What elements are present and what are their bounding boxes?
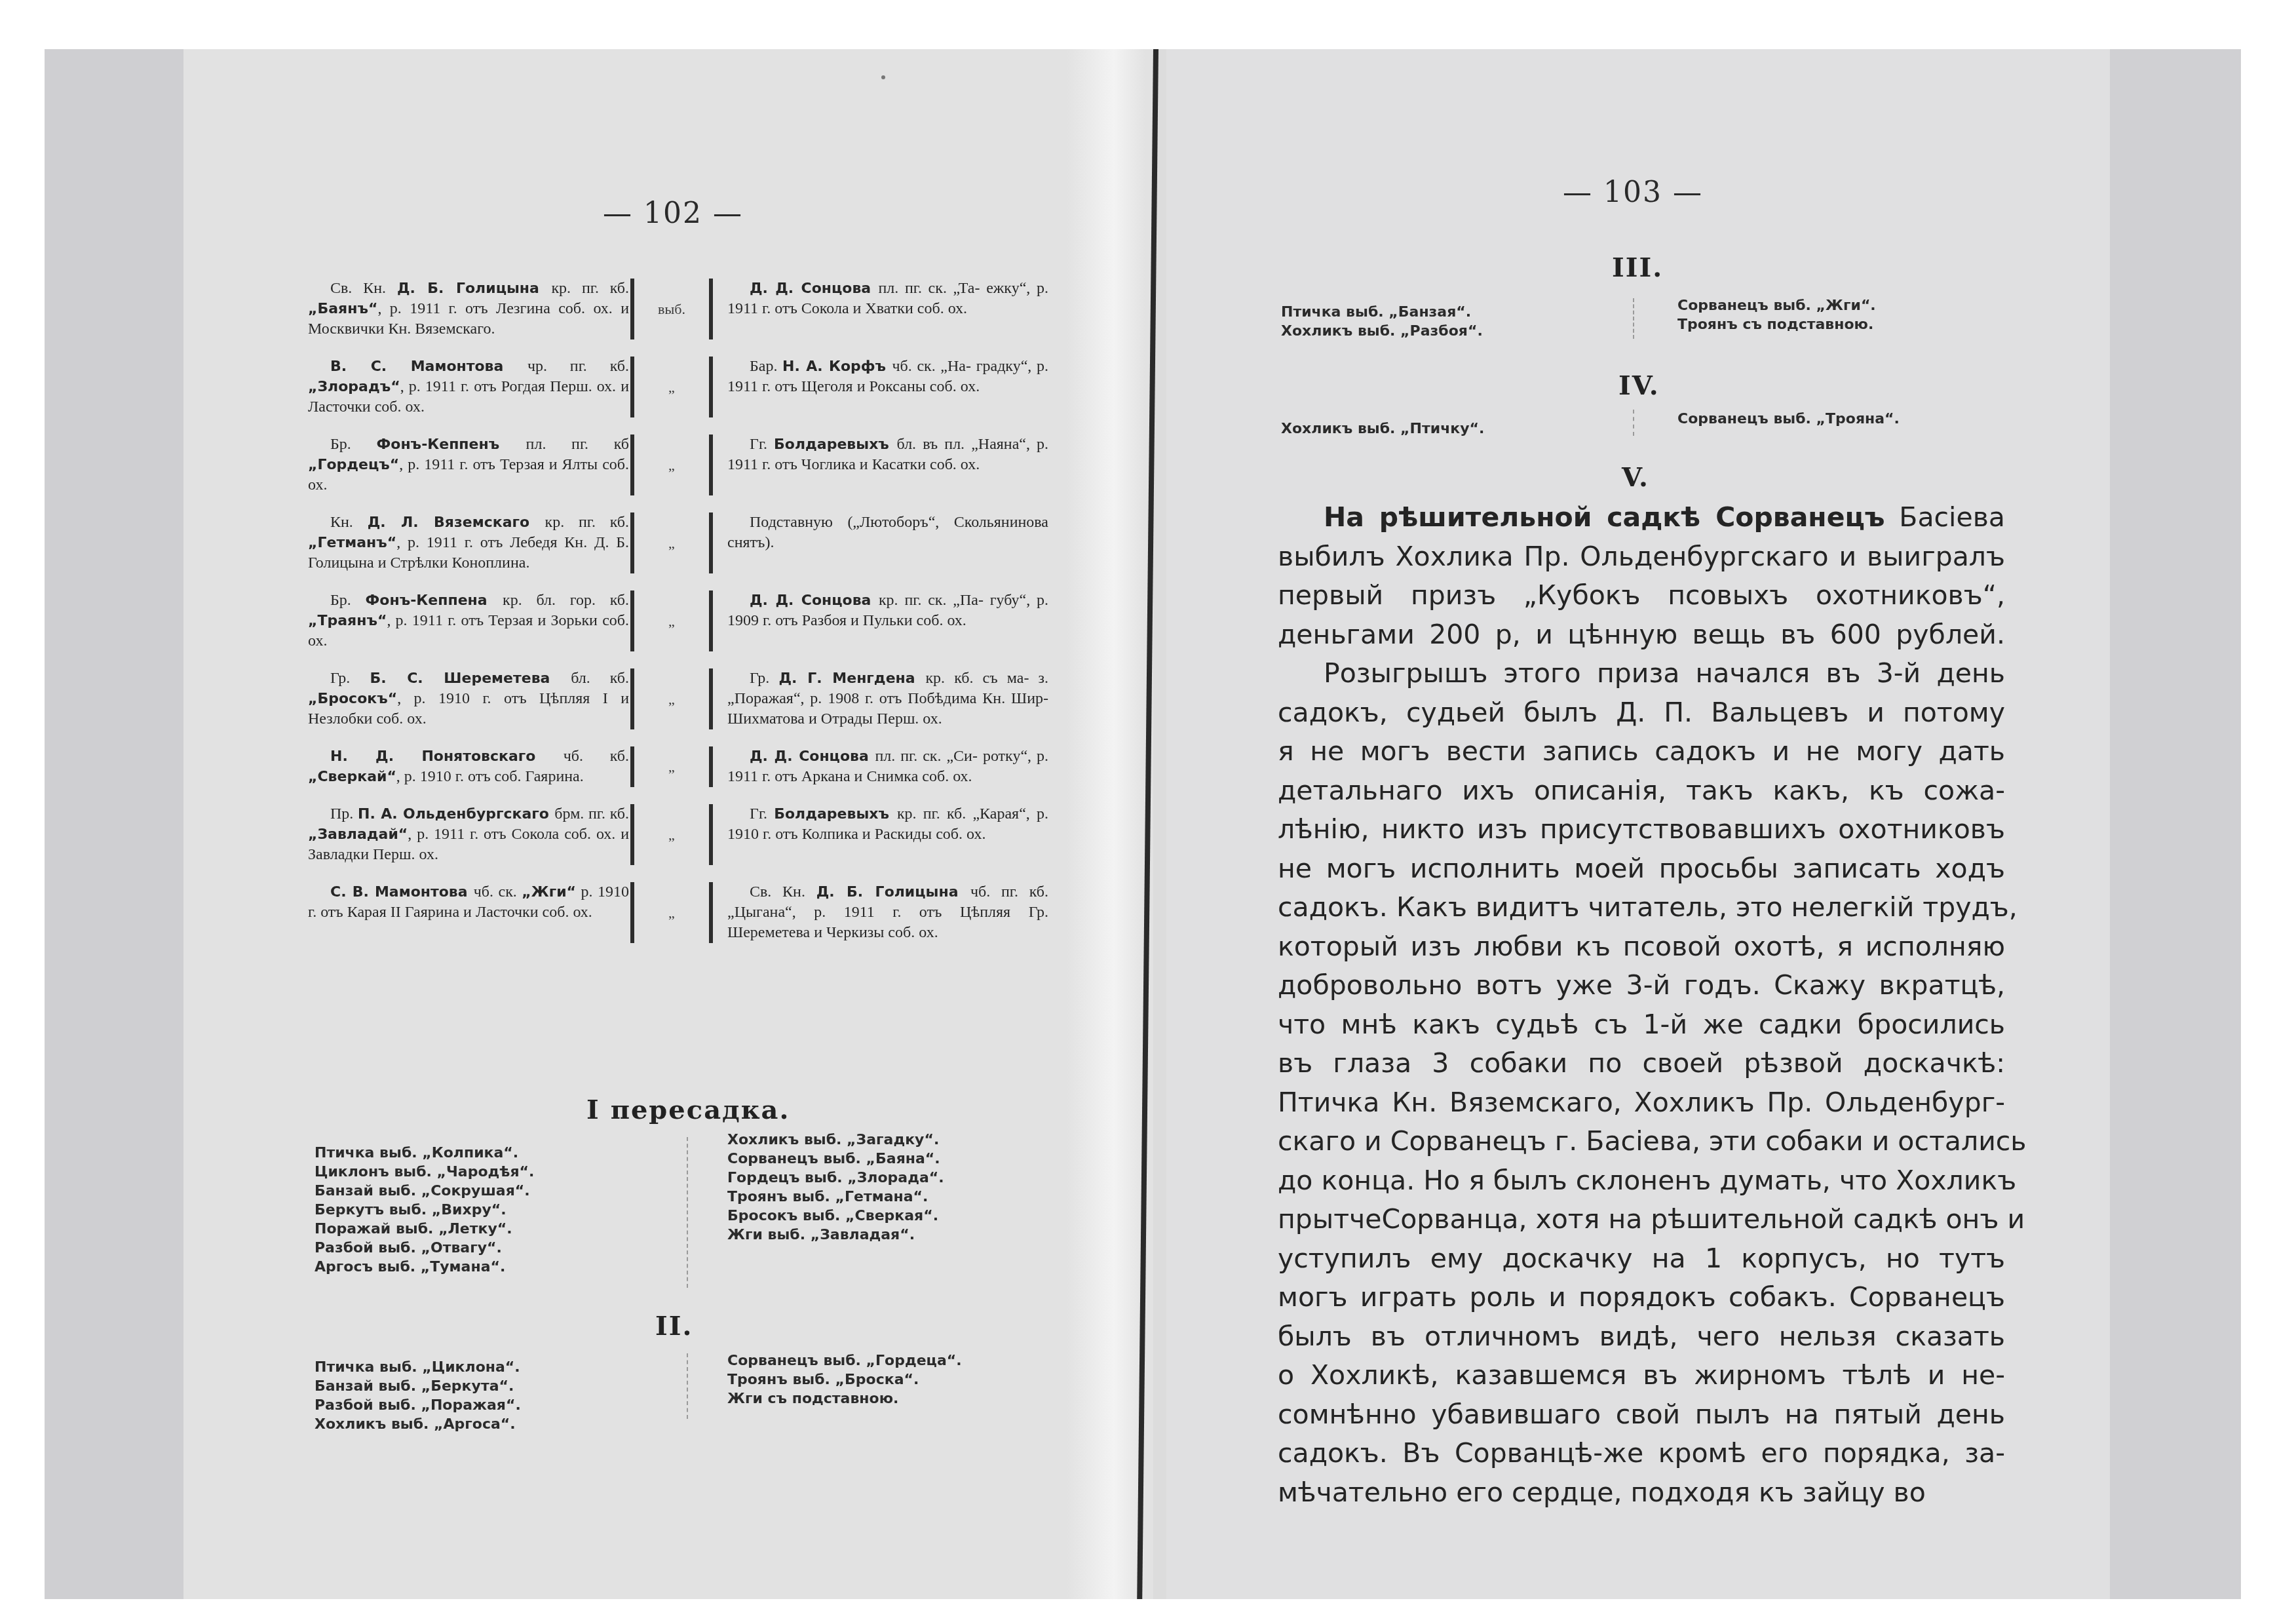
result-line: Птичка выб. „Колпика“. [315, 1144, 534, 1163]
owner-name: Фонъ-Кеппенъ [376, 436, 526, 453]
owner-name: В. С. Мамонтова [330, 358, 527, 375]
text-line: первый призъ „Кубокъ псовыхъ охотниковъ“… [1278, 576, 2005, 615]
dog-name: „Баянъ“ [308, 301, 377, 317]
section-3-left-list: Птичка выб. „Банзая“.Хохликъ выб. „Разбо… [1281, 303, 1483, 341]
text-line: Птичка Кн. Вяземскаго, Хохликъ Пр. Ольде… [1278, 1083, 2005, 1123]
text-line: добровольно вотъ уже 3-й годъ. Скажу вкр… [1278, 966, 2005, 1005]
table-rule [630, 668, 634, 729]
dog-entry-left: С. В. Мамонтова чб. ск. „Жги“ р. 1910 г.… [308, 882, 629, 943]
text-line: лѣнiю, никто изъ присутствовавшихъ охотн… [1278, 810, 2005, 849]
result-line: Хохликъ выб. „Разбоя“. [1281, 322, 1483, 341]
owner-title: Гр. [750, 670, 778, 687]
owner-title: Св. Кн. [750, 883, 816, 900]
owner-title: Бар. [750, 358, 782, 375]
table-rule [630, 882, 634, 943]
owner-name: Б. С. Шереметева [370, 670, 571, 687]
pairing-row: Бр. Фонъ-Кеппенъ пл. пг. кб „Гордецъ“, р… [308, 435, 1062, 495]
dog-entry-left: В. С. Мамонтова чр. пг. кб. „Злорадъ“, р… [308, 357, 629, 417]
owner-name: Д. Д. Сонцова [750, 748, 875, 765]
dog-name: „Жги“ [522, 884, 576, 900]
pairing-row: В. С. Мамонтова чр. пг. кб. „Злорадъ“, р… [308, 357, 1062, 417]
dog-entry-left: Пр. П. А. Ольденбургскаго брм. пг. кб. „… [308, 804, 629, 865]
table-rule [630, 590, 634, 651]
result-cell: „ [636, 512, 708, 573]
result-line: Троянъ выб. „Гетмана“. [727, 1188, 944, 1207]
owner-name: Д. Б. Голицына [397, 280, 552, 297]
result-line: Аргосъ выб. „Тумана“. [315, 1258, 534, 1277]
owner-name: Н. А. Корфъ [782, 358, 892, 375]
dog-breed: чб. ск. [474, 883, 522, 900]
page-number-left: — 102 — [603, 197, 743, 230]
table-rule [709, 668, 713, 729]
text-line: сомнѣнно убавившаго свой пылъ на пятый д… [1278, 1395, 2005, 1435]
dog-breed: кр. пг. кб. [897, 805, 973, 822]
emphasized-lead: На рѣшительной садкѣ Сорванецъ [1324, 501, 1885, 533]
result-line: Разбой выб. „Поражая“. [315, 1396, 521, 1415]
owner-name: Д. Г. Менгдена [778, 670, 925, 687]
text-line: деньгами 200 р, и цѣнную вещь въ 600 руб… [1278, 615, 2005, 655]
pairing-row: С. В. Мамонтова чб. ск. „Жги“ р. 1910 г.… [308, 882, 1062, 943]
result-line: Разбой выб. „Отвагу“. [315, 1239, 534, 1258]
dog-breed: кр. кб. съ ма- [925, 670, 1038, 687]
result-line: Сорванецъ выб. „Гордеца“. [727, 1351, 962, 1370]
result-line: Банзай выб. „Сокрушая“. [315, 1182, 534, 1201]
result-line: Хохликъ выб. „Аргоса“. [315, 1415, 521, 1434]
table-rule [630, 804, 634, 865]
section-title-transfer-1: I пересадка. [586, 1094, 790, 1125]
dog-entry-right: Д. Д. Сонцова кр. пг. ск. „Па- губу“, р.… [714, 590, 1048, 651]
pairing-row: Гр. Б. С. Шереметева бл. кб. „Бросокъ“, … [308, 668, 1062, 729]
owner-title: Пр. [330, 805, 358, 822]
text-line: мѣчательно его сердце, подходя къ зайцу … [1278, 1473, 2005, 1513]
text-line: садокъ, судьей былъ Д. П. Вальцевъ и пот… [1278, 693, 2005, 733]
text-line: Розыгрышъ этого приза начался въ 3-й ден… [1278, 654, 2005, 693]
owner-name: Болдаревыхъ [774, 806, 897, 822]
result-cell: „ [636, 882, 708, 943]
owner-name: Фонъ-Кеппена [366, 592, 503, 609]
result-line: Хохликъ выб. „Загадку“. [727, 1131, 944, 1150]
text-line: садокъ. Въ Сорванцѣ-же кромѣ его порядка… [1278, 1434, 2005, 1473]
table-rule [630, 512, 634, 573]
result-line: Банзай выб. „Беркута“. [315, 1377, 521, 1396]
owner-name: Д. Д. Сонцова [750, 592, 879, 609]
text-line: На рѣшительной садкѣ Сорванецъ Басiева [1278, 498, 2005, 537]
text-line: о Хохликѣ, казавшемся въ жирномъ тѣлѣ и … [1278, 1356, 2005, 1395]
dog-breed: кр. пг. кб. [551, 280, 629, 297]
pairing-row: Кн. Д. Л. Вяземскаго кр. пг. кб. „Гетман… [308, 512, 1062, 573]
section-title-4: IV. [1618, 370, 1660, 401]
table-rule [630, 279, 634, 339]
result-cell: „ [636, 746, 708, 787]
section-title-5: V. [1622, 462, 1649, 493]
owner-title: Св. Кн. [330, 280, 397, 297]
pairing-row: Св. Кн. Д. Б. Голицына кр. пг. кб. „Баян… [308, 279, 1062, 339]
column-divider [1633, 410, 1636, 436]
page-number-right: — 103 — [1563, 176, 1703, 209]
section-1-right-list: Хохликъ выб. „Загадку“.Сорванецъ выб. „Б… [727, 1131, 944, 1245]
dog-name: „Завладай“ [308, 826, 408, 843]
result-line: Сорванецъ выб. „Жги“. [1677, 296, 1876, 315]
dog-name: „Сверкай“ [308, 769, 396, 785]
result-line: Гордецъ выб. „Злорада“. [727, 1169, 944, 1188]
text-line: который изъ любви къ псовой охотѣ, я исп… [1278, 927, 2005, 967]
result-cell: выб. [636, 279, 708, 339]
scan-speck [881, 75, 885, 79]
dog-breed: Подставную („Лютоборъ“, [750, 514, 954, 531]
table-rule [630, 746, 634, 787]
section-4-left-list: Хохликъ выб. „Птичку“. [1281, 419, 1484, 438]
text-line: детальнаго ихъ описанiя, такъ какъ, къ с… [1278, 771, 2005, 811]
text-line: въ глаза 3 собаки по своей рѣзвой доскач… [1278, 1044, 2005, 1083]
dog-entry-right: Гр. Д. Г. Менгдена кр. кб. съ ма- з. „По… [714, 668, 1048, 729]
result-cell: „ [636, 590, 708, 651]
result-line: Птичка выб. „Циклона“. [315, 1358, 521, 1377]
dog-entry-right: Д. Д. Сонцова пл. пг. ск. „Си- ротку“, р… [714, 746, 1048, 787]
table-rule [630, 435, 634, 495]
section-1-left-list: Птичка выб. „Колпика“.Циклонъ выб. „Чаро… [315, 1144, 534, 1277]
dog-name: „Траянъ“ [308, 613, 387, 629]
table-rule [709, 279, 713, 339]
result-line: Сорванецъ выб. „Трояна“. [1677, 410, 1900, 429]
result-line: Жги выб. „Завладая“. [727, 1226, 944, 1245]
result-line: Жги съ подставною. [727, 1389, 962, 1408]
owner-title: Бр. [330, 592, 366, 609]
owner-title: Кн. [330, 514, 368, 531]
dog-name: „Злорадъ“ [308, 379, 400, 395]
dog-entry-right: Гг. Болдаревыхъ кр. пг. кб. „Карая“, р. … [714, 804, 1048, 865]
dog-pedigree: , р. 1910 г. отъ соб. Гаярина. [396, 768, 584, 785]
dog-entry-left: Св. Кн. Д. Б. Голицына кр. пг. кб. „Баян… [308, 279, 629, 339]
column-divider [687, 1137, 689, 1288]
text-line: я не могъ вести запись садокъ и не могу … [1278, 732, 2005, 771]
owner-title: Бр. [330, 436, 376, 453]
table-rule [709, 357, 713, 417]
section-2-right-list: Сорванецъ выб. „Гордеца“.Троянъ выб. „Бр… [727, 1351, 962, 1408]
table-rule [709, 746, 713, 787]
dog-breed: чб. кб. [564, 748, 629, 765]
table-rule [709, 590, 713, 651]
text-line: могъ играть роль и порядокъ собакъ. Сорв… [1278, 1278, 2005, 1317]
result-line: Бросокъ выб. „Сверкая“. [727, 1207, 944, 1226]
owner-name: Д. Л. Вяземскаго [368, 514, 545, 531]
dog-entry-right: Бар. Н. А. Корфъ чб. ск. „На- градку“, р… [714, 357, 1048, 417]
text-line: прытчеСорванца, хотя на рѣшительной садк… [1278, 1200, 2005, 1239]
dog-breed: кр. пг. кб. [545, 514, 629, 531]
section-2-left-list: Птичка выб. „Циклона“.Банзай выб. „Берку… [315, 1358, 521, 1434]
owner-name: Д. Б. Голицына [816, 884, 970, 900]
result-cell: „ [636, 804, 708, 865]
scan-left-margin-shadow [45, 49, 183, 1599]
dog-breed: чб. ск. „На- [892, 358, 976, 375]
column-divider [1633, 298, 1636, 339]
result-line: Поражай выб. „Летку“. [315, 1220, 534, 1239]
result-line: Циклонъ выб. „Чародѣя“. [315, 1163, 534, 1182]
owner-name: П. А. Ольденбургскаго [358, 806, 554, 822]
pairing-row: Н. Д. Понятовскаго чб. кб. „Сверкай“, р.… [308, 746, 1062, 787]
dog-breed: пл. пг. кб [526, 436, 629, 453]
text-line: до конца. Но я былъ склоненъ думать, что… [1278, 1161, 2005, 1201]
text-line: не могъ исполнить моей просьбы записать … [1278, 849, 2005, 889]
dog-breed: пл. пг. ск. „Си- [875, 748, 982, 765]
result-line: Птичка выб. „Банзая“. [1281, 303, 1483, 322]
section-title-3: III. [1612, 252, 1663, 283]
result-line: Троянъ выб. „Броска“. [727, 1370, 962, 1389]
text-line: садокъ. Какъ видитъ читатель, это нелегк… [1278, 888, 2005, 927]
dog-breed: пл. пг. ск. „Та- [878, 280, 986, 297]
text-line: что мнѣ какъ судьѣ съ 1-й же садки броси… [1278, 1005, 2005, 1045]
dog-entry-left: Гр. Б. С. Шереметева бл. кб. „Бросокъ“, … [308, 668, 629, 729]
table-rule [709, 804, 713, 865]
dog-name: „Гордецъ“ [308, 457, 399, 473]
result-line: Троянъ съ подставною. [1677, 315, 1876, 334]
dog-breed: бл. въ пл. [897, 436, 972, 453]
result-line: Сорванецъ выб. „Баяна“. [727, 1150, 944, 1169]
prize-narrative-text: На рѣшительной садкѣ Сорванецъ Басiевавы… [1278, 498, 2005, 1512]
dog-breed: чр. пг. кб. [527, 358, 629, 375]
dog-entry-right: Гг. Болдаревыхъ бл. въ пл. „Наяна“, р. 1… [714, 435, 1048, 495]
section-title-2: II. [655, 1311, 693, 1342]
dog-entry-left: Кн. Д. Л. Вяземскаго кр. пг. кб. „Гетман… [308, 512, 629, 573]
text-line: выбилъ Хохлика Пр. Ольденбургскаго и выи… [1278, 537, 2005, 577]
table-rule [709, 882, 713, 943]
column-divider [687, 1353, 689, 1419]
dog-breed: бл. кб. [571, 670, 629, 687]
dog-breed: брм. пг. кб. [554, 805, 629, 822]
text-line: скаго и Сорванецъ г. Басiева, эти собаки… [1278, 1122, 2005, 1161]
dog-name: „Гетманъ“ [308, 535, 396, 551]
dog-entry-right: Св. Кн. Д. Б. Голицына чб. пг. кб. „Цыга… [714, 882, 1048, 943]
dog-name: „Бросокъ“ [308, 691, 397, 707]
dog-entry-left: Бр. Фонъ-Кеппенъ пл. пг. кб „Гордецъ“, р… [308, 435, 629, 495]
text-line: уступилъ ему доскачку на 1 корпусъ, но т… [1278, 1239, 2005, 1279]
dog-breed: чб. пг. кб. [970, 883, 1048, 900]
owner-title: Гг. [750, 805, 774, 822]
table-rule [630, 357, 634, 417]
dog-entry-left: Н. Д. Понятовскаго чб. кб. „Сверкай“, р.… [308, 746, 629, 787]
result-cell: „ [636, 668, 708, 729]
gutter-highlight [1067, 49, 1145, 1599]
result-cell: „ [636, 357, 708, 417]
pairings-table: Св. Кн. Д. Б. Голицына кр. пг. кб. „Баян… [308, 279, 1062, 960]
owner-name: Болдаревыхъ [774, 436, 897, 453]
pairing-row: Пр. П. А. Ольденбургскаго брм. пг. кб. „… [308, 804, 1062, 865]
dog-breed: кр. пг. ск. „Па- [879, 592, 990, 609]
result-line: Хохликъ выб. „Птичку“. [1281, 419, 1484, 438]
owner-title: Гг. [750, 436, 774, 453]
section-3-right-list: Сорванецъ выб. „Жги“.Троянъ съ подставно… [1677, 296, 1876, 334]
owner-name: С. В. Мамонтова [330, 884, 474, 900]
table-rule [709, 435, 713, 495]
dog-entry-right: Д. Д. Сонцова пл. пг. ск. „Та- ежку“, р.… [714, 279, 1048, 339]
result-line: Беркутъ выб. „Вихру“. [315, 1201, 534, 1220]
result-cell: „ [636, 435, 708, 495]
owner-name: Н. Д. Понятовскаго [330, 748, 564, 765]
dog-pedigree: „Цыгана“, р. 1911 г. отъ Цѣпляя Гр. Шере… [727, 904, 1048, 941]
dog-breed: кр. бл. гор. кб. [503, 592, 629, 609]
pairing-row: Бр. Фонъ-Кеппена кр. бл. гор. кб. „Траян… [308, 590, 1062, 651]
owner-name: Д. Д. Сонцова [750, 280, 878, 297]
dog-entry-right: Подставную („Лютоборъ“, Скольянинова сня… [714, 512, 1048, 573]
scan-right-margin-shadow [2110, 49, 2241, 1599]
owner-title: Гр. [330, 670, 370, 687]
table-rule [709, 512, 713, 573]
dog-entry-left: Бр. Фонъ-Кеппена кр. бл. гор. кб. „Траян… [308, 590, 629, 651]
section-4-right-list: Сорванецъ выб. „Трояна“. [1677, 410, 1900, 429]
text-line: былъ въ отличномъ видѣ, чего нельзя сказ… [1278, 1317, 2005, 1357]
